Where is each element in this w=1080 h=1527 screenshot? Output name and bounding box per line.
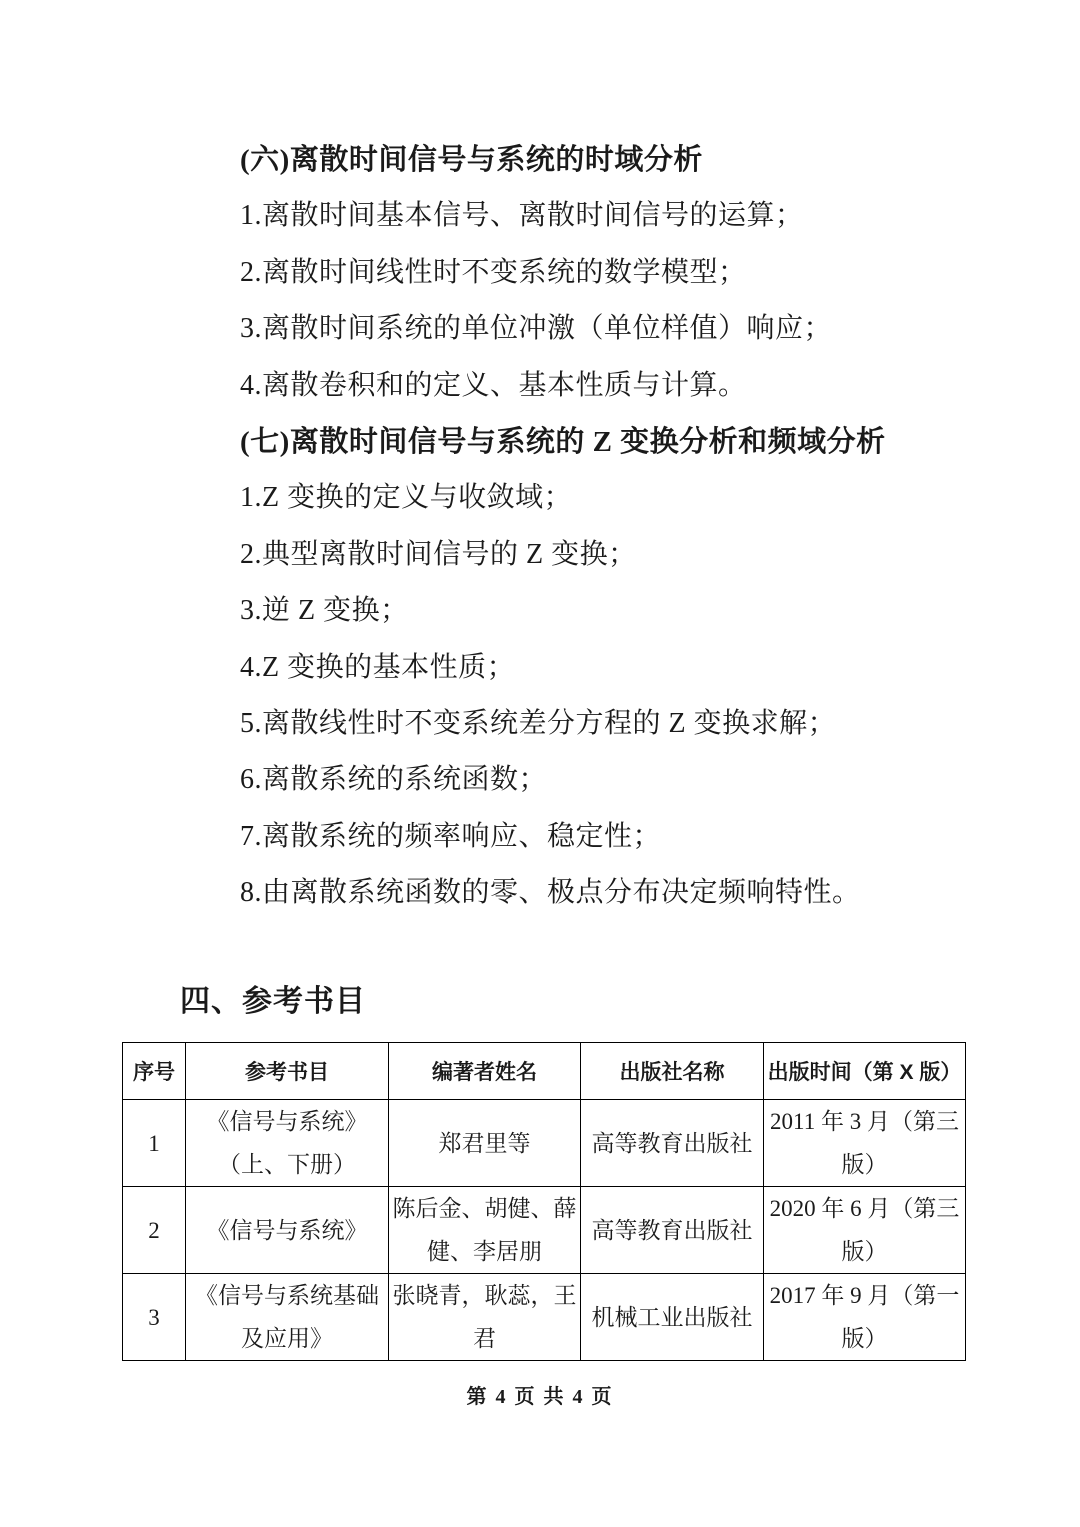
section-7-item-4: 4.Z 变换的基本性质；: [240, 640, 886, 696]
references-table: 序号 参考书目 编著者姓名 出版社名称 出版时间（第 X 版） 1 《信号与系统…: [122, 1042, 966, 1361]
outline-text-block: (六)离散时间信号与系统的时域分析 1.离散时间基本信号、离散时间信号的运算； …: [240, 132, 886, 921]
references-section-title: 四、参考书目: [180, 972, 366, 1032]
cell-book: 《信号与系统基础 及应用》: [186, 1274, 389, 1361]
cell-publisher: 高等教育出版社: [581, 1187, 764, 1274]
section-7-item-6: 6.离散系统的系统函数；: [240, 752, 886, 808]
cell-publisher: 机械工业出版社: [581, 1274, 764, 1361]
section-7-heading: (七)离散时间信号与系统的 Z 变换分析和频域分析: [240, 414, 886, 470]
col-header-book: 参考书目: [186, 1043, 389, 1100]
cell-book: 《信号与系统》: [186, 1187, 389, 1274]
table-row: 2 《信号与系统》 陈后金、胡健、薛 健、李居朋 高等教育出版社 2020 年 …: [123, 1187, 966, 1274]
document-page: (六)离散时间信号与系统的时域分析 1.离散时间基本信号、离散时间信号的运算； …: [0, 0, 1080, 1527]
table-row: 3 《信号与系统基础 及应用》 张晓青，耿蕊，王 君 机械工业出版社 2017 …: [123, 1274, 966, 1361]
section-6-heading: (六)离散时间信号与系统的时域分析: [240, 132, 886, 188]
section-6-item-4: 4.离散卷积和的定义、基本性质与计算。: [240, 358, 886, 414]
col-header-authors: 编著者姓名: [389, 1043, 581, 1100]
cell-authors: 张晓青，耿蕊，王 君: [389, 1274, 581, 1361]
cell-index: 3: [123, 1274, 186, 1361]
section-6-item-2: 2.离散时间线性时不变系统的数学模型；: [240, 245, 886, 301]
cell-pubdate: 2020 年 6 月（第三 版）: [764, 1187, 966, 1274]
table-row: 1 《信号与系统》 （上、下册） 郑君里等 高等教育出版社 2011 年 3 月…: [123, 1100, 966, 1187]
section-7-item-3: 3.逆 Z 变换；: [240, 583, 886, 639]
section-6-item-1: 1.离散时间基本信号、离散时间信号的运算；: [240, 188, 886, 244]
cell-pubdate: 2017 年 9 月（第一 版）: [764, 1274, 966, 1361]
col-header-index: 序号: [123, 1043, 186, 1100]
cell-index: 1: [123, 1100, 186, 1187]
section-7-item-7: 7.离散系统的频率响应、稳定性；: [240, 809, 886, 865]
col-header-publisher: 出版社名称: [581, 1043, 764, 1100]
section-7-item-5: 5.离散线性时不变系统差分方程的 Z 变换求解；: [240, 696, 886, 752]
cell-publisher: 高等教育出版社: [581, 1100, 764, 1187]
section-7-item-8: 8.由离散系统函数的零、极点分布决定频响特性。: [240, 865, 886, 921]
section-7-item-1: 1.Z 变换的定义与收敛域；: [240, 470, 886, 526]
cell-authors: 陈后金、胡健、薛 健、李居朋: [389, 1187, 581, 1274]
cell-index: 2: [123, 1187, 186, 1274]
table-header-row: 序号 参考书目 编著者姓名 出版社名称 出版时间（第 X 版）: [123, 1043, 966, 1100]
cell-pubdate: 2011 年 3 月（第三 版）: [764, 1100, 966, 1187]
section-7-item-2: 2.典型离散时间信号的 Z 变换；: [240, 527, 886, 583]
section-6-item-3: 3.离散时间系统的单位冲激（单位样值）响应；: [240, 301, 886, 357]
cell-book: 《信号与系统》 （上、下册）: [186, 1100, 389, 1187]
col-header-pubdate: 出版时间（第 X 版）: [764, 1043, 966, 1100]
cell-authors: 郑君里等: [389, 1100, 581, 1187]
page-number-footer: 第 4 页 共 4 页: [0, 1382, 1080, 1412]
